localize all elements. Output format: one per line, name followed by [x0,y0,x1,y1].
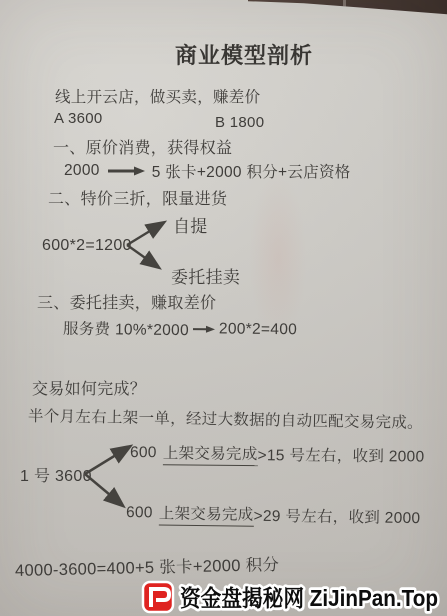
section-1-heading: 一、原价消费，获得权益 [53,135,232,158]
option-b: B 1800 [215,114,264,131]
option-a: A 3600 [54,110,103,127]
deal-bottom-amount: 600 [126,504,153,522]
deal-top-underlined: 上架交易完成 [163,441,258,466]
paper-sheet: 商业模型剖析 线上开云店，做买卖，赚差价 A 3600 B 1800 一、原价消… [0,0,447,616]
flow-left-value: 2000 [64,162,100,180]
document-title: 商业模型剖析 [175,39,313,70]
flow-right-value: 5 张卡+2000 积分+云店资格 [152,160,351,182]
brand-logo-icon [143,582,173,612]
section-3-heading: 三、委托挂卖，赚取差价 [37,290,216,313]
fee-left-value: 服务费 10%*2000 [63,317,189,340]
deal-top-amount: 600 [130,444,157,462]
answer-line: 半个月左右上架一单，经过大数据的自动匹配交易完成。 [28,404,423,433]
section-3-fee: 服务费 10%*2000 200*2=400 [63,317,297,341]
question-line: 交易如何完成？ [32,376,146,399]
photographed-document: 商业模型剖析 线上开云店，做买卖，赚差价 A 3600 B 1800 一、原价消… [0,0,447,616]
branch-label-top: 自提 [173,212,208,237]
watermark-badge: 资金盘揭秘网 ZiJinPan.Top [136,576,447,616]
section-1-flow: 2000 5 张卡+2000 积分+云店资格 [64,160,351,182]
deal-row-bottom: 600 上架交易完成 >29 号左右，收到 2000 [126,501,421,529]
deal-bottom-underlined: 上架交易完成 [159,501,254,526]
deal-bottom-rest: >29 号左右，收到 2000 [253,504,420,528]
branch-arrows-icon [113,208,175,276]
section-2-heading: 二、特价三折，限量进货 [48,186,227,209]
fee-right-value: 200*2=400 [219,320,297,339]
small-right-arrow-icon [193,324,215,334]
branch-label-bottom: 委托挂卖 [171,263,240,288]
right-arrow-icon [107,165,145,177]
watermark-text: 资金盘揭秘网 ZiJinPan.Top [180,585,438,611]
intro-line: 线上开云店，做买卖，赚差价 [55,85,260,107]
deal-top-rest: >15 号左右，收到 2000 [257,443,424,466]
deal-row-top: 600 上架交易完成 >15 号左右，收到 2000 [130,441,425,468]
